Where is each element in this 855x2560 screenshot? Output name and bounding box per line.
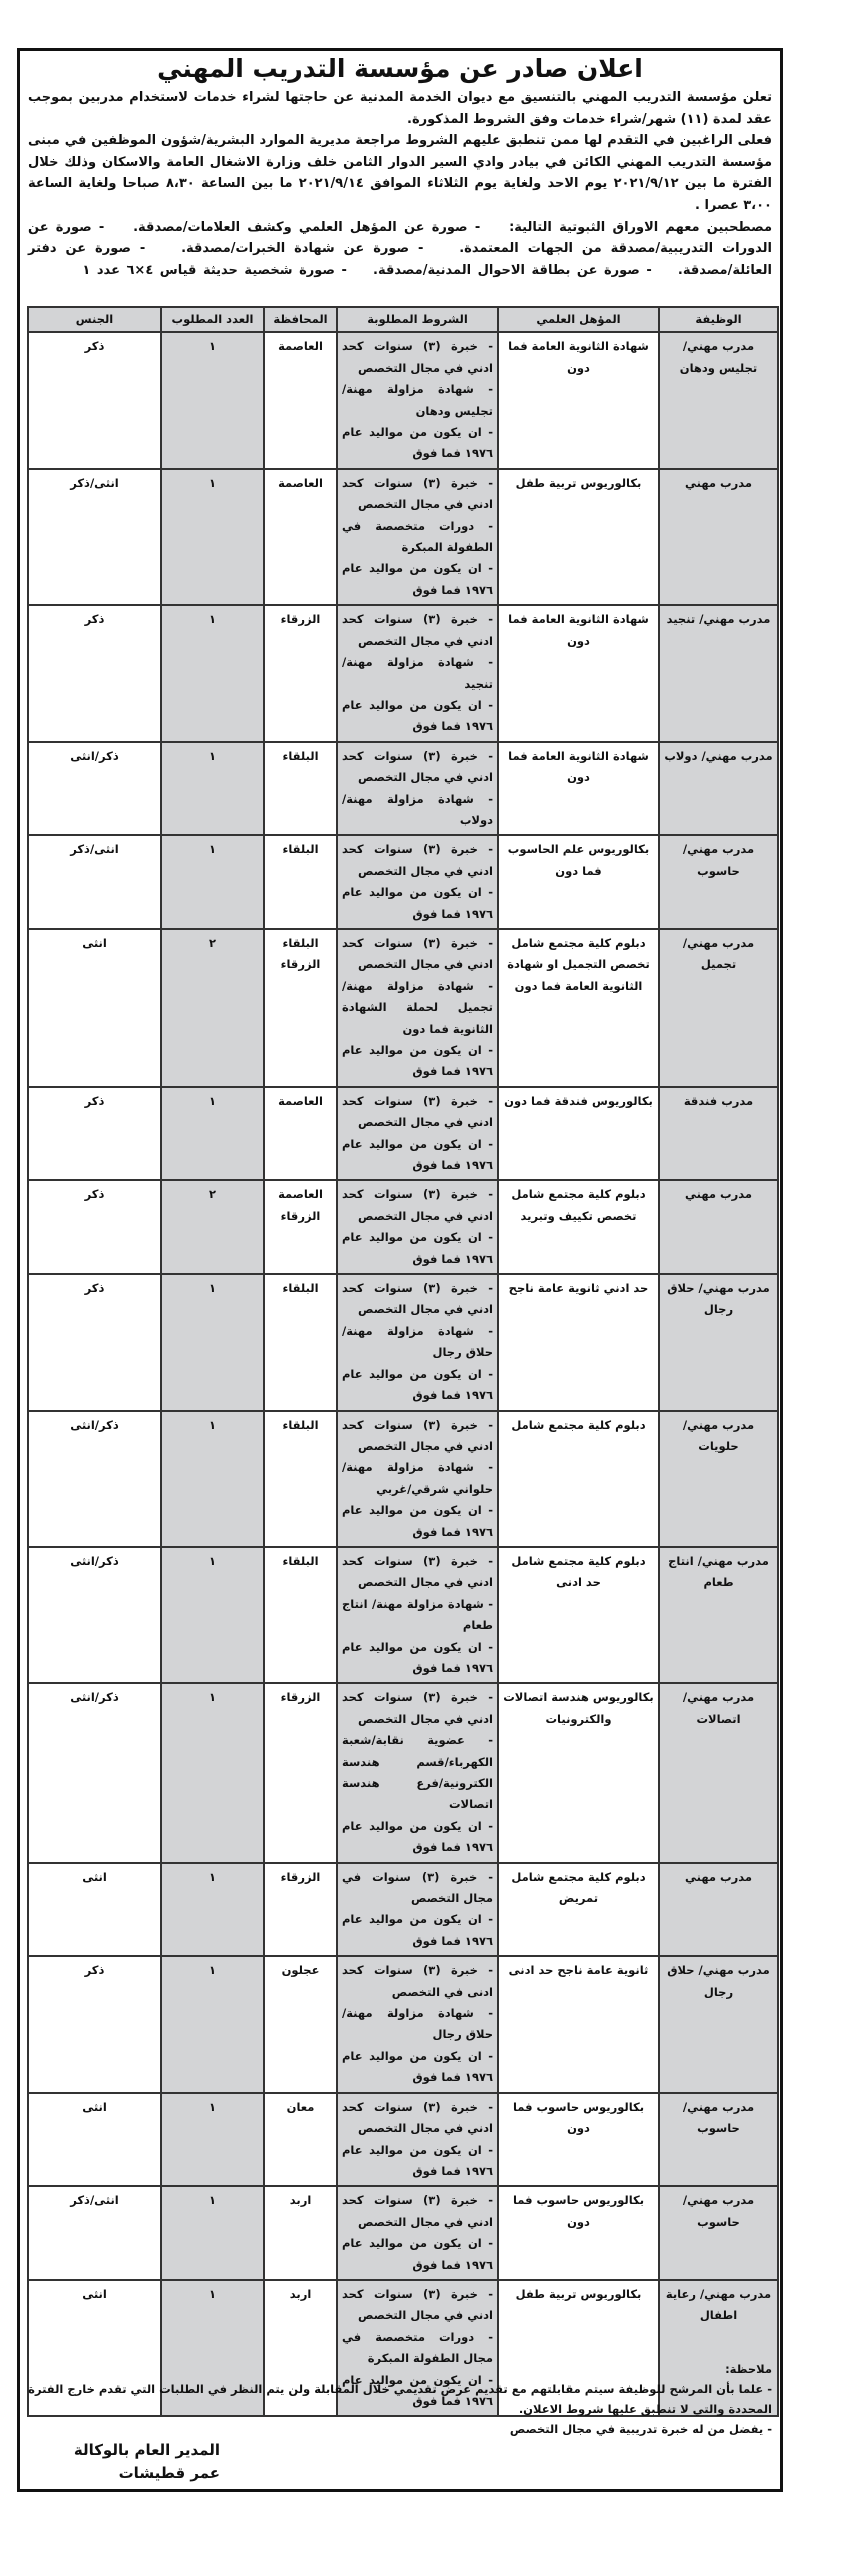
condition-item: - ان يكون من مواليد عام ١٩٧٦ فما فوق bbox=[342, 1637, 493, 1680]
cell-job: مدرب مهني bbox=[659, 1180, 778, 1274]
condition-item: - ان يكون من مواليد عام ١٩٧٦ فما فوق bbox=[342, 1040, 493, 1083]
cell-gender: ذكر bbox=[28, 332, 161, 468]
cell-count: ١ bbox=[161, 1956, 264, 2092]
table-row: مدرب مهني/ حلاق رجالثانوية عامة ناجح حد … bbox=[28, 1956, 778, 2092]
cell-conditions: - خبرة (٣) سنوات كحد ادني في مجال التخصص… bbox=[337, 332, 498, 468]
cell-job: مدرب مهني/ حلويات bbox=[659, 1411, 778, 1547]
cell-governorate: الزرقاء bbox=[264, 1863, 337, 1957]
cell-count: ٢ bbox=[161, 1180, 264, 1274]
cell-qualification: بكالوريوس هندسة اتصالات والكترونيات bbox=[498, 1683, 659, 1862]
cell-qualification: دبلوم كلية مجتمع شامل bbox=[498, 1411, 659, 1547]
cell-conditions: - خبرة (٣) سنوات كحد ادني في مجال التخصص… bbox=[337, 742, 498, 836]
condition-item: - ان يكون من مواليد عام ١٩٧٦ فما فوق bbox=[342, 2046, 493, 2089]
cell-governorate: الزرقاء bbox=[264, 1683, 337, 1862]
condition-item: - خبرة (٣) سنوات كحد ادني في مجال التخصص bbox=[342, 1551, 493, 1594]
cell-job: مدرب مهني bbox=[659, 1863, 778, 1957]
cell-conditions: - خبرة (٣) سنوات كحد ادني في مجال التخصص… bbox=[337, 1411, 498, 1547]
cell-count: ١ bbox=[161, 469, 264, 605]
cell-gender: انثى/ذكر bbox=[28, 469, 161, 605]
table-row: مدرب مهني/ حاسوببكالوريوس علم الحاسوب فم… bbox=[28, 835, 778, 929]
cell-conditions: - خبرة (٣) سنوات كحد ادني في مجال التخصص… bbox=[337, 605, 498, 741]
intro-paragraph-1: تعلن مؤسسة التدريب المهني بالتنسيق مع دي… bbox=[28, 87, 772, 130]
cell-governorate: العاصمة bbox=[264, 332, 337, 468]
signature-position: المدير العام بالوكالة bbox=[70, 2439, 220, 2462]
announcement-frame: اعلان صادر عن مؤسسة التدريب المهني تعلن … bbox=[17, 48, 783, 2492]
cell-gender: انثى bbox=[28, 2093, 161, 2187]
cell-conditions: - خبرة (٣) سنوات كحد ادنى في التخصص- شها… bbox=[337, 1956, 498, 2092]
notes-heading: ملاحظة: bbox=[28, 2359, 772, 2379]
cell-governorate: البلقاء bbox=[264, 835, 337, 929]
table-row: مدرب فندقةبكالوريوس فندقة فما دون- خبرة … bbox=[28, 1087, 778, 1181]
cell-count: ١ bbox=[161, 835, 264, 929]
condition-item: - شهادة مزاولة مهنة/ تجميل لحملة الشهادة… bbox=[342, 976, 493, 1040]
condition-item: - خبرة (٣) سنوات كحد ادني في مجال التخصص bbox=[342, 839, 493, 882]
cell-qualification: دبلوم كلية مجتمع شامل حد ادنى bbox=[498, 1547, 659, 1683]
cell-gender: ذكر bbox=[28, 1180, 161, 1274]
cell-qualification: بكالوريوس علم الحاسوب فما دون bbox=[498, 835, 659, 929]
cell-count: ١ bbox=[161, 1274, 264, 1410]
cell-conditions: - خبرة (٣) سنوات كحد ادني في مجال التخصص… bbox=[337, 2093, 498, 2187]
condition-item: - خبرة (٣) سنوات كحد ادني في مجال التخصص bbox=[342, 2097, 493, 2140]
cell-conditions: - خبرة (٣) سنوات كحد ادني في مجال التخصص… bbox=[337, 469, 498, 605]
table-row: مدرب مهني/ حلوياتدبلوم كلية مجتمع شامل- … bbox=[28, 1411, 778, 1547]
cell-count: ١ bbox=[161, 742, 264, 836]
cell-governorate: معان bbox=[264, 2093, 337, 2187]
cell-conditions: - خبرة (٣) سنوات كحد ادني في مجال التخصص… bbox=[337, 1547, 498, 1683]
cell-qualification: دبلوم كلية مجتمع شامل تخصص التجميل او شه… bbox=[498, 929, 659, 1087]
condition-item: - ان يكون من مواليد عام ١٩٧٦ فما فوق bbox=[342, 558, 493, 601]
condition-item: - خبرة (٣) سنوات كحد ادني في مجال التخصص bbox=[342, 1278, 493, 1321]
condition-item: - خبرة (٣) سنوات كحد ادنى في التخصص bbox=[342, 1960, 493, 2003]
condition-item: - ان يكون من مواليد عام ١٩٧٦ فما فوق bbox=[342, 2140, 493, 2183]
cell-qualification: بكالوريوس فندقة فما دون bbox=[498, 1087, 659, 1181]
table-row: مدرب مهنيبكالوريوس تربية طفل- خبرة (٣) س… bbox=[28, 469, 778, 605]
cell-gender: ذكر bbox=[28, 605, 161, 741]
cell-gender: انثى/ذكر bbox=[28, 2186, 161, 2280]
condition-item: - خبرة (٣) سنوات كحد ادني في مجال التخصص bbox=[342, 1184, 493, 1227]
table-row: مدرب مهني/ تجليس ودهانشهادة الثانوية الع… bbox=[28, 332, 778, 468]
condition-item: - ان يكون من مواليد عام ١٩٧٦ فما فوق bbox=[342, 1500, 493, 1543]
condition-item: - دورات متخصصة في الطفولة المبكرة bbox=[342, 516, 493, 559]
announcement-intro: تعلن مؤسسة التدريب المهني بالتنسيق مع دي… bbox=[28, 87, 772, 281]
cell-gender: ذكر/انثى bbox=[28, 1683, 161, 1862]
cell-qualification: دبلوم كلية مجتمع شامل تخصص تكييف وتبريد bbox=[498, 1180, 659, 1274]
cell-qualification: بكالوريوس حاسوب فما دون bbox=[498, 2093, 659, 2187]
table-row: مدرب مهني/ انتاج طعامدبلوم كلية مجتمع شا… bbox=[28, 1547, 778, 1683]
cell-count: ١ bbox=[161, 332, 264, 468]
condition-item: - خبرة (٣) سنوات كحد ادني في مجال التخصص bbox=[342, 933, 493, 976]
cell-job: مدرب مهني/ حلاق رجال bbox=[659, 1274, 778, 1410]
condition-item: - ان يكون من مواليد عام ١٩٧٦ فما فوق bbox=[342, 1816, 493, 1859]
header-count: العدد المطلوب bbox=[161, 307, 264, 332]
cell-count: ١ bbox=[161, 1411, 264, 1547]
condition-item: - ان يكون من مواليد عام ١٩٧٦ فما فوق bbox=[342, 1227, 493, 1270]
condition-item: - شهادة مزاولة مهنة/ انتاج طعام bbox=[342, 1594, 493, 1637]
condition-item: - عضوية نقابة/شعبة الكهرباء/قسم هندسة ال… bbox=[342, 1730, 493, 1816]
cell-count: ١ bbox=[161, 1683, 264, 1862]
table-row: مدرب مهنيدبلوم كلية مجتمع شامل تخصص تكيي… bbox=[28, 1180, 778, 1274]
table-row: مدرب مهني/ حاسوببكالوريوس حاسوب فما دون-… bbox=[28, 2093, 778, 2187]
condition-item: - ان يكون من مواليد عام ١٩٧٦ فما فوق bbox=[342, 1909, 493, 1952]
cell-governorate: عجلون bbox=[264, 1956, 337, 2092]
cell-conditions: - خبرة (٣) سنوات كحد ادني في مجال التخصص… bbox=[337, 2186, 498, 2280]
header-governorate: المحافظة bbox=[264, 307, 337, 332]
cell-conditions: - خبرة (٣) سنوات كحد ادني في مجال التخصص… bbox=[337, 1274, 498, 1410]
cell-conditions: - خبرة (٣) سنوات كحد ادني في مجال التخصص… bbox=[337, 1180, 498, 1274]
table-row: مدرب مهني/ تنجيدشهادة الثانوية العامة فم… bbox=[28, 605, 778, 741]
cell-count: ١ bbox=[161, 2186, 264, 2280]
condition-item: - خبرة (٣) سنوات كحد ادني في مجال التخصص bbox=[342, 746, 493, 789]
cell-count: ١ bbox=[161, 1087, 264, 1181]
cell-gender: انثى bbox=[28, 929, 161, 1087]
cell-governorate: البلقاء bbox=[264, 742, 337, 836]
cell-gender: ذكر/انثى bbox=[28, 1411, 161, 1547]
cell-gender: ذكر/انثى bbox=[28, 742, 161, 836]
cell-gender: ذكر/انثى bbox=[28, 1547, 161, 1683]
signature-block: المدير العام بالوكالة عمر قطيشات bbox=[20, 2439, 220, 2485]
jobs-table-body: مدرب مهني/ تجليس ودهانشهادة الثانوية الع… bbox=[28, 332, 778, 2416]
cell-conditions: - خبرة (٣) سنوات في مجال التخصص- ان يكون… bbox=[337, 1863, 498, 1957]
cell-qualification: دبلوم كلية مجتمع شامل تمريض bbox=[498, 1863, 659, 1957]
condition-item: - ان يكون من مواليد عام ١٩٧٦ فما فوق bbox=[342, 1364, 493, 1407]
documents-intro: مصطحبين معهم الاوراق الثبوتية التالية: bbox=[509, 220, 772, 235]
condition-item: - ان يكون من مواليد عام ١٩٧٦ فما فوق bbox=[342, 882, 493, 925]
cell-count: ١ bbox=[161, 2093, 264, 2187]
signature-name: عمر قطيشات bbox=[70, 2462, 220, 2485]
condition-item: - شهادة مزاولة مهنة/ دولاب bbox=[342, 789, 493, 832]
document-item: - صورة شخصية حديثة قياس ٤×٦ عدد ١ bbox=[82, 263, 346, 278]
condition-item: - ان يكون من مواليد عام ١٩٧٦ فما فوق bbox=[342, 695, 493, 738]
cell-gender: ذكر bbox=[28, 1087, 161, 1181]
cell-qualification: ثانوية عامة ناجح حد ادنى bbox=[498, 1956, 659, 2092]
cell-job: مدرب مهني/ حاسوب bbox=[659, 2093, 778, 2187]
table-row: مدرب مهني/ حاسوببكالوريوس حاسوب فما دون-… bbox=[28, 2186, 778, 2280]
cell-qualification: حد ادني ثانوية عامة ناجح bbox=[498, 1274, 659, 1410]
table-row: مدرب مهني/ حلاق رجالحد ادني ثانوية عامة … bbox=[28, 1274, 778, 1410]
condition-item: - خبرة (٣) سنوات كحد ادني في مجال التخصص bbox=[342, 609, 493, 652]
condition-item: - ان يكون من مواليد عام ١٩٧٦ فما فوق bbox=[342, 422, 493, 465]
cell-job: مدرب مهني/ تجميل bbox=[659, 929, 778, 1087]
cell-job: مدرب مهني/ حاسوب bbox=[659, 835, 778, 929]
table-row: مدرب مهني/ دولابشهادة الثانوية العامة فم… bbox=[28, 742, 778, 836]
cell-qualification: شهادة الثانوية العامة فما دون bbox=[498, 605, 659, 741]
cell-job: مدرب مهني/ تنجيد bbox=[659, 605, 778, 741]
cell-job: مدرب مهني/ انتاج طعام bbox=[659, 1547, 778, 1683]
condition-item: - خبرة (٣) سنوات في مجال التخصص bbox=[342, 1867, 493, 1910]
header-job: الوظيفة bbox=[659, 307, 778, 332]
condition-item: - شهادة مزاولة مهنة/ حلاق رجال bbox=[342, 1321, 493, 1364]
cell-conditions: - خبرة (٣) سنوات كحد ادني في مجال التخصص… bbox=[337, 929, 498, 1087]
table-header-row: الوظيفة المؤهل العلمي الشروط المطلوبة ال… bbox=[28, 307, 778, 332]
header-conditions: الشروط المطلوبة bbox=[337, 307, 498, 332]
cell-count: ٢ bbox=[161, 929, 264, 1087]
cell-governorate: البلقاء bbox=[264, 1411, 337, 1547]
cell-qualification: شهادة الثانوية العامة فما دون bbox=[498, 332, 659, 468]
condition-item: - خبرة (٣) سنوات كحد ادني في مجال التخصص bbox=[342, 1091, 493, 1134]
condition-item: - خبرة (٣) سنوات كحد ادني في مجال التخصص bbox=[342, 1415, 493, 1458]
cell-job: مدرب مهني/ تجليس ودهان bbox=[659, 332, 778, 468]
cell-governorate: العاصمة الزرقاء bbox=[264, 1180, 337, 1274]
condition-item: - ان يكون من مواليد عام ١٩٧٦ فما فوق bbox=[342, 2233, 493, 2276]
condition-item: - شهادة مزاولة مهنة/ تجليس ودهان bbox=[342, 379, 493, 422]
header-gender: الجنس bbox=[28, 307, 161, 332]
jobs-table: الوظيفة المؤهل العلمي الشروط المطلوبة ال… bbox=[27, 306, 779, 2417]
required-documents: مصطحبين معهم الاوراق الثبوتية التالية: -… bbox=[28, 217, 772, 282]
note-item: - يفضل من له خبرة تدريبية في مجال التخصص bbox=[28, 2419, 772, 2439]
condition-item: - خبرة (٣) سنوات كحد ادني في مجال التخصص bbox=[342, 2284, 493, 2327]
cell-qualification: شهادة الثانوية العامة فما دون bbox=[498, 742, 659, 836]
cell-governorate: البلقاء bbox=[264, 1274, 337, 1410]
notes-section: ملاحظة: - علما بأن المرشح للوظيفة سيتم م… bbox=[28, 2359, 772, 2439]
cell-conditions: - خبرة (٣) سنوات كحد ادني في مجال التخصص… bbox=[337, 1683, 498, 1862]
condition-item: - شهادة مزاولة مهنة/ تنجيد bbox=[342, 652, 493, 695]
cell-job: مدرب مهني bbox=[659, 469, 778, 605]
cell-governorate: البلقاء الزرقاء bbox=[264, 929, 337, 1087]
cell-governorate: اربد bbox=[264, 2186, 337, 2280]
cell-qualification: بكالوريوس تربية طفل bbox=[498, 469, 659, 605]
document-item: - صورة عن شهادة الخبرات/مصدقة. bbox=[181, 241, 423, 256]
table-row: مدرب مهني/ اتصالاتبكالوريوس هندسة اتصالا… bbox=[28, 1683, 778, 1862]
cell-gender: ذكر bbox=[28, 1956, 161, 2092]
intro-paragraph-2: فعلى الراغبين في التقدم لها ممن تنطبق عل… bbox=[28, 130, 772, 216]
cell-qualification: بكالوريوس حاسوب فما دون bbox=[498, 2186, 659, 2280]
cell-count: ١ bbox=[161, 605, 264, 741]
condition-item: - شهادة مزاولة مهنة/ حلاق رجال bbox=[342, 2003, 493, 2046]
condition-item: - خبرة (٣) سنوات كحد ادني في مجال التخصص bbox=[342, 1687, 493, 1730]
condition-item: - شهادة مزاولة مهنة/ حلواني شرقي/غربي bbox=[342, 1457, 493, 1500]
cell-gender: انثى/ذكر bbox=[28, 835, 161, 929]
cell-conditions: - خبرة (٣) سنوات كحد ادني في مجال التخصص… bbox=[337, 835, 498, 929]
cell-gender: انثى bbox=[28, 1863, 161, 1957]
note-item: - علما بأن المرشح للوظيفة سيتم مقابلتهم … bbox=[28, 2379, 772, 2419]
document-item: - صورة عن بطاقة الاحوال المدنية/مصدقة. bbox=[373, 263, 652, 278]
condition-item: - ان يكون من مواليد عام ١٩٧٦ فما فوق bbox=[342, 1134, 493, 1177]
cell-governorate: العاصمة bbox=[264, 1087, 337, 1181]
cell-count: ١ bbox=[161, 1863, 264, 1957]
condition-item: - خبرة (٣) سنوات كحد ادني في مجال التخصص bbox=[342, 2190, 493, 2233]
cell-governorate: العاصمة bbox=[264, 469, 337, 605]
cell-job: مدرب فندقة bbox=[659, 1087, 778, 1181]
cell-count: ١ bbox=[161, 1547, 264, 1683]
cell-gender: ذكر bbox=[28, 1274, 161, 1410]
cell-governorate: الزرقاء bbox=[264, 605, 337, 741]
condition-item: - خبرة (٣) سنوات كحد ادني في مجال التخصص bbox=[342, 473, 493, 516]
cell-job: مدرب مهني/ دولاب bbox=[659, 742, 778, 836]
cell-job: مدرب مهني/ حلاق رجال bbox=[659, 1956, 778, 2092]
document-item: - صورة عن المؤهل العلمي وكشف العلامات/مص… bbox=[133, 220, 480, 235]
condition-item: - خبرة (٣) سنوات كحد ادني في مجال التخصص bbox=[342, 336, 493, 379]
table-row: مدرب مهنيدبلوم كلية مجتمع شامل تمريض- خب… bbox=[28, 1863, 778, 1957]
announcement-title: اعلان صادر عن مؤسسة التدريب المهني bbox=[20, 53, 780, 85]
table-row: مدرب مهني/ تجميلدبلوم كلية مجتمع شامل تخ… bbox=[28, 929, 778, 1087]
header-qualification: المؤهل العلمي bbox=[498, 307, 659, 332]
cell-governorate: البلقاء bbox=[264, 1547, 337, 1683]
cell-job: مدرب مهني/ اتصالات bbox=[659, 1683, 778, 1862]
cell-job: مدرب مهني/ حاسوب bbox=[659, 2186, 778, 2280]
cell-conditions: - خبرة (٣) سنوات كحد ادني في مجال التخصص… bbox=[337, 1087, 498, 1181]
